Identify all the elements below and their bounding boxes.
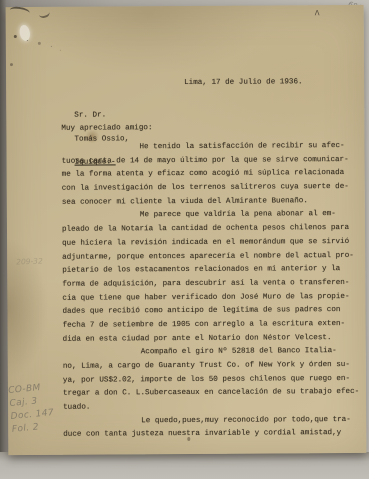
typewritten-line: fecha 7 de setiembre de 1905 con arreglo…: [63, 318, 365, 334]
salutation: Muy apreciado amigo:: [61, 124, 152, 133]
ink-specks: [14, 35, 17, 38]
paper-damage-spot: [18, 24, 31, 42]
typewritten-line: He tenido la satisfacción de recibir su …: [61, 140, 363, 156]
archive-note: CO-BMCaj. 3Doc. 147Fol. 2: [8, 381, 56, 437]
ink-smudge: [38, 7, 51, 19]
typewritten-line: forma de adquisición, para descubrir así…: [62, 277, 364, 293]
ink-smudge: [9, 6, 30, 18]
scanned-letter-photo: 684 Λ Lima, 17 de Julio de 1936. Sr. Dr.…: [0, 0, 369, 479]
photo-background-bottom: [0, 452, 369, 479]
letter-body: He tenido la satisfacción de recibir su …: [61, 140, 365, 443]
faint-pencil-number: 209-32: [16, 256, 43, 266]
caret-mark: Λ: [315, 9, 320, 18]
typewritten-line: que hiciera la revisión indicada en el m…: [62, 236, 364, 252]
dateline: Lima, 17 de Julio de 1936.: [184, 78, 303, 87]
letter-page: Λ Lima, 17 de Julio de 1936. Sr. Dr. Tom…: [6, 5, 367, 455]
typewritten-line: tregar a don C. L.Subercaseaux en cancel…: [63, 386, 365, 402]
addressee-title: Sr. Dr.: [74, 112, 129, 120]
typewritten-line: con la investigación de los terrenos sal…: [62, 181, 364, 197]
typewritten-line: duce con tanta justeza nuestra invariabl…: [63, 427, 365, 443]
typewritten-line: no, Lima, a cargo de Guaranty Trust Co. …: [63, 359, 365, 375]
archive-note-line: Fol. 2: [11, 420, 56, 437]
